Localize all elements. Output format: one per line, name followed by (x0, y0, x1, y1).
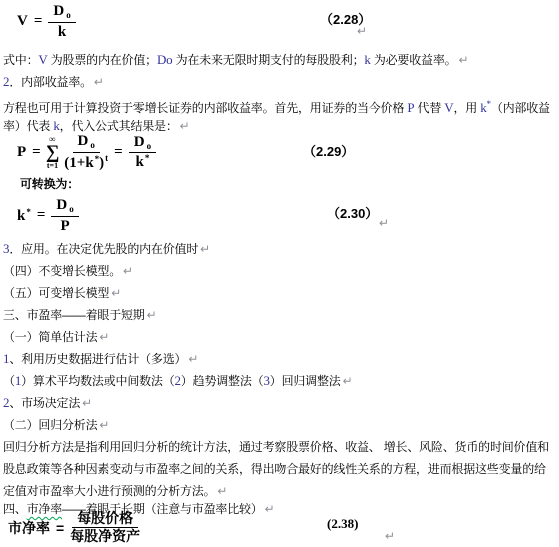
equation-number: (2.38) (327, 516, 358, 532)
text-segment: Do (157, 52, 173, 67)
text-line: 定值对市盈率大小进行预测的分析方法。↵ (3, 483, 227, 500)
numerator-subscript: o (90, 140, 95, 150)
fraction-denominator: k (58, 23, 66, 41)
paragraph-mark-icon: ↵ (265, 502, 275, 516)
text-segment: 代替 (414, 101, 444, 115)
paragraph-mark-icon: ↵ (82, 396, 92, 410)
numerator-subscript: o (66, 10, 71, 20)
text-segment: ）回归调整法 (270, 374, 341, 388)
numerator-base: D (56, 197, 67, 213)
numerator-base: D (53, 3, 64, 19)
denominator-base: (1+k (64, 155, 93, 171)
paragraph-mark-icon: ↵ (99, 330, 109, 344)
text-segment: 为股票的内在价值； (48, 53, 157, 67)
equals-sign: = (32, 144, 41, 161)
denominator-exponent: t (105, 153, 108, 163)
formula-2-28: V = Do k (14, 3, 79, 40)
fraction: 每股价格 每股净资产 (70, 511, 140, 545)
paragraph-mark-icon: ↵ (217, 484, 227, 498)
text-line: 可转换为： (20, 176, 79, 193)
fraction-numerator: Do (48, 3, 75, 23)
paragraph-mark-icon: ↵ (188, 352, 198, 366)
paragraph-mark-icon: ↵ (379, 216, 389, 230)
paragraph-mark-icon: ↵ (385, 529, 395, 543)
equation-number: （2.30） (327, 203, 378, 222)
text-segment: 为必要收益率。 (371, 53, 457, 67)
text-line: 方程也可用于计算投资于零增长证券的内部收益率。首先，用证券的当今价格 P 代替 … (3, 96, 550, 113)
equals-sign: = (34, 13, 43, 30)
text-line: （二）回归分析法↵ (3, 417, 109, 434)
fraction-denominator: k* (135, 153, 149, 171)
text-segment: ．应用。在决定优先股的内在价值时 (9, 242, 198, 256)
fraction-denominator: 每股净资产 (70, 528, 140, 544)
lhs-star: * (26, 207, 31, 217)
text-segment: 可转换为： (20, 177, 79, 191)
text-segment: ）算术平均数法或中间数法（ (21, 374, 174, 388)
paragraph-mark-icon: ↵ (180, 119, 190, 133)
fraction-denominator: P (60, 217, 69, 235)
text-segment: V (38, 52, 47, 67)
numerator-subscript: o (69, 204, 74, 214)
numerator-base: D (78, 133, 89, 149)
text-segment: 股息政策等各种因素变动与市盈率之间的关系，得出吻合最好的线性关系的方程，进而根据… (3, 462, 546, 476)
equals-sign: = (37, 207, 46, 224)
paragraph-mark-icon: ↵ (200, 242, 210, 256)
text-segment: 率）代表 (3, 119, 53, 133)
text-segment: （五）可变增长模型 (3, 286, 109, 300)
text-line: （四）不变增长模型。↵ (3, 263, 133, 280)
fraction-numerator: Do (51, 197, 78, 217)
formula-lhs: V (17, 13, 28, 30)
text-line: 回归分析方法是指利用回归分析的统计方法，通过考察股票价格、收益、 增长、风险、货… (3, 439, 549, 456)
formula-lhs: 市净率 (8, 518, 50, 538)
paragraph-mark-icon: ↵ (111, 286, 121, 300)
numerator-subscript: o (147, 141, 152, 151)
text-segment: 、市场决定法 (9, 396, 80, 410)
text-line: 股息政策等各种因素变动与市盈率之间的关系，得出吻合最好的线性关系的方程，进而根据… (3, 461, 546, 478)
paragraph-mark-icon: ↵ (94, 75, 104, 89)
paragraph-mark-icon: ↵ (458, 53, 468, 67)
text-segment: 为在未来无限时期支付的每股股利； (172, 53, 364, 67)
text-line: （1）算术平均数法或中间数法（2）趋势调整法（3）回归调整法↵ (3, 373, 353, 390)
text-segment: （二）回归分析法 (3, 418, 97, 432)
summation-lower-limit: t=1 (47, 162, 58, 170)
fraction-numerator: Do (129, 134, 156, 154)
document-page: V = Do k （2.28） ↵ 式中：V 为股票的内在价值；Do 为在未来无… (0, 0, 559, 547)
denominator-close-paren: ) (99, 155, 104, 171)
denominator-star: * (145, 153, 150, 163)
fraction-denominator: (1+k*)t (64, 153, 108, 172)
text-line: （一）简单估计法↵ (3, 329, 109, 346)
text-segment: （四）不变增长模型。 (3, 264, 121, 278)
text-segment: 、利用历史数据进行估计（多选） (9, 352, 186, 366)
formula-lhs: P (17, 144, 26, 161)
text-segment: 三、市盈率——着眼于短期 (3, 308, 145, 322)
text-line: 三、市盈率——着眼于短期↵ (3, 307, 157, 324)
text-line: 2、市场决定法↵ (3, 395, 92, 412)
paragraph-mark-icon: ↵ (123, 264, 133, 278)
text-segment: ）趋势调整法（ (181, 374, 264, 388)
fraction-numerator: Do (73, 133, 100, 153)
text-segment: ，代入公式其结果是： (60, 119, 178, 133)
paragraph-mark-icon: ↵ (357, 24, 367, 38)
fraction: Do k (48, 3, 75, 40)
formula-2-30: k* = Do P (14, 197, 82, 234)
formula-2-29: P = ∞ ∑ t=1 Do (1+k*)t = Do k* (14, 133, 159, 171)
denominator-base: k (135, 154, 143, 170)
equals-sign: = (114, 144, 123, 161)
fraction-numerator: 每股价格 (72, 511, 138, 528)
text-segment: （内部收益 (491, 101, 550, 115)
equation-number: （2.29） (303, 141, 354, 160)
text-segment: 回归分析方法是指利用回归分析的统计方法，通过考察股票价格、收益、 增长、风险、货… (3, 440, 549, 454)
fraction: Do P (51, 197, 78, 234)
sigma-icon: ∑ (46, 144, 60, 162)
equals-sign: = (56, 520, 64, 536)
paragraph-mark-icon: ↵ (343, 374, 353, 388)
text-segment: （ (3, 374, 15, 388)
formula-lhs: k* (17, 207, 31, 225)
fraction: Do (1+k*)t (64, 133, 108, 171)
text-segment: 方程也可用于计算投资于零增长证券的内部收益率。首先，用证券的当今价格 (3, 101, 407, 115)
fraction: Do k* (129, 134, 156, 171)
text-segment: 式中： (3, 53, 38, 67)
summation-sign: ∞ ∑ t=1 (46, 135, 60, 170)
text-line: 3．应用。在决定优先股的内在价值时↵ (3, 241, 210, 258)
text-segment: ，用 (453, 101, 480, 115)
text-segment: （一）简单估计法 (3, 330, 97, 344)
text-line: 1、利用历史数据进行估计（多选）↵ (3, 351, 198, 368)
paragraph-mark-icon: ↵ (147, 308, 157, 322)
numerator-base: D (134, 134, 145, 150)
lhs-base: k (17, 208, 25, 224)
text-segment: ．内部收益率。 (9, 75, 92, 89)
text-line: （五）可变增长模型↵ (3, 285, 121, 302)
text-line: 2．内部收益率。↵ (3, 74, 104, 91)
paragraph-mark-icon: ↵ (99, 418, 109, 432)
text-line: 式中：V 为股票的内在价值；Do 为在未来无限时期支付的每股股利；k 为必要收益… (3, 52, 469, 69)
text-segment: 定值对市盈率大小进行预测的分析方法。 (3, 484, 215, 498)
formula-2-38: 市净率 = 每股价格 每股净资产 (5, 511, 143, 545)
